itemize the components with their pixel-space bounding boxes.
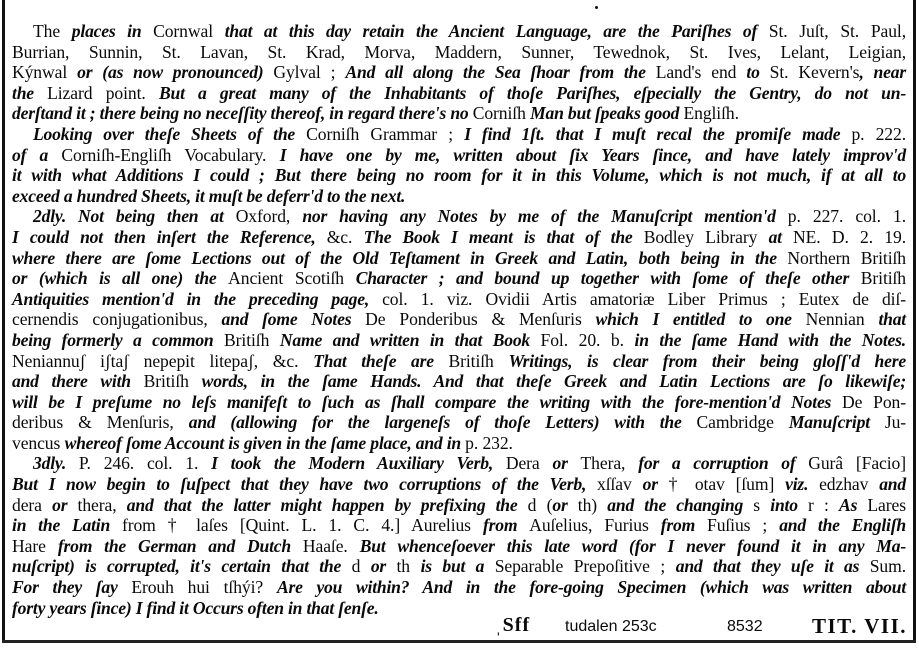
page-number: 8532 (727, 618, 763, 636)
text-line: vencus whereof ſome Account is given in … (12, 433, 906, 454)
italic-run: is but a (421, 556, 495, 576)
italic-run: that at this day retain the Ancient Lang… (225, 21, 769, 41)
roman-run: Britiſh (861, 268, 906, 288)
roman-run: thera, (78, 495, 127, 515)
italic-run: Character ; and bound up together with ſ… (356, 268, 861, 288)
text-line: 3dly. P. 246. col. 1. I took the Modern … (12, 453, 906, 474)
roman-run: r : (808, 495, 839, 515)
roman-run: Separable Prepoſitive ; (495, 556, 676, 576)
italic-run: words, in the ſame Hands. And that theſe… (202, 371, 906, 391)
text-line: where there are ſome Lections out of the… (12, 248, 906, 269)
italic-run: But a great many of the Inhabitants of t… (159, 83, 906, 103)
page-border-bottom (2, 640, 916, 643)
italic-run: and (879, 474, 906, 494)
italic-run: 3dly. (33, 453, 79, 473)
roman-run: Kýnwal (12, 62, 77, 82)
text-line: Burrian, Sunnin, St. Lavan, St. Krad, Mo… (12, 42, 906, 63)
italic-run: it with what Additions I could ; But the… (12, 165, 906, 185)
text-line: it with what Additions I could ; But the… (12, 165, 906, 186)
italic-run: and (allowing for the largeneſs of thoſe… (189, 412, 697, 432)
italic-run: and the changing (607, 495, 753, 515)
italic-run: For they ſay (12, 577, 131, 597)
roman-run: Haaſe. (303, 536, 360, 556)
roman-run: col. 1. viz. Ovidii Artis amatoriæ Liber… (382, 289, 906, 309)
italic-run: to (746, 62, 769, 82)
roman-run: vencus (12, 433, 65, 453)
roman-run: from † laſes [Quint. L. 1. C. 4.] Aureli… (122, 515, 483, 535)
text-line: dera or thera, and that the latter might… (12, 495, 906, 516)
roman-run: p. 232. (465, 433, 513, 453)
text-line: Hare from the German and Dutch Haaſe. Bu… (12, 536, 906, 557)
italic-run: exceed a hundred Sheets, it muſt be defe… (12, 186, 405, 206)
roman-run: Erouh hui tſhýi? (131, 577, 277, 597)
roman-run: Engliſh. (683, 103, 738, 123)
italic-run: Man but ſpeaks good (530, 103, 683, 123)
roman-run: Northern Britiſh (787, 248, 906, 268)
italic-run: of a (12, 145, 61, 165)
text-line: the Lizard point. But a great many of th… (12, 83, 906, 104)
roman-run: Ju- (885, 412, 906, 432)
italic-run: The Book I meant is that of the (364, 227, 644, 247)
roman-run: Corniſh Grammar ; (306, 124, 464, 144)
italic-run: which I entitled to one (596, 309, 806, 329)
running-head: TIT. VII. (812, 614, 907, 639)
roman-run: Gurâ [Facio] (808, 453, 906, 473)
roman-run: Auſelius, Furius (529, 515, 660, 535)
italic-run: in the Latin (12, 515, 122, 535)
roman-run: d (352, 556, 371, 576)
italic-run: nuſcript) is corrupted, it's certain tha… (12, 556, 352, 576)
text-line: I could not then inſert the Reference, &… (12, 227, 906, 248)
roman-run: Nennian (806, 309, 879, 329)
roman-run: St. Juſt, St. Paul, (769, 21, 906, 41)
roman-run: Hare (12, 536, 58, 556)
italic-run: Writings, is clear from their being gloſ… (509, 351, 907, 371)
italic-run: or (as now pronounced) (77, 62, 273, 82)
roman-run: Neniannuʃ iʃtaʃ nepepit litepaʃ, &c. (12, 351, 313, 371)
italic-run: I could not then inſert the Reference, (12, 227, 327, 247)
roman-run: NE. D. 2. 19. (793, 227, 906, 247)
italic-run: viz. (785, 474, 819, 494)
italic-run: That theſe are (313, 351, 448, 371)
text-line: derſtand it ; there being no neceſſity t… (12, 103, 906, 124)
italic-run: and there with (12, 371, 144, 391)
roman-run: Cambridge (697, 412, 789, 432)
roman-run: Oxford, (236, 206, 303, 226)
italic-run: whereof ſome Account is given in the ſam… (65, 433, 466, 453)
text-line: in the Latin from † laſes [Quint. L. 1. … (12, 515, 906, 536)
roman-run: De Pon- (842, 392, 906, 412)
roman-run: Corniſh-Engliſh Vocabulary. (61, 145, 279, 165)
roman-run: Sum. (870, 556, 906, 576)
page-border-left (2, 0, 5, 642)
roman-run: xſſav (597, 474, 643, 494)
italic-run: in the ſame Hand with the Notes. (635, 330, 906, 350)
italic-run: at (769, 227, 793, 247)
italic-run: and that they uſe it as (676, 556, 870, 576)
roman-run: Land's end (656, 62, 747, 82)
text-line: For they ſay Erouh hui tſhýi? Are you wi… (12, 577, 906, 598)
text-line: Looking over theſe Sheets of the Corniſh… (12, 124, 906, 145)
italic-run: or (553, 453, 581, 473)
text-line: and there with Britiſh words, in the ſam… (12, 371, 906, 392)
print-speck (595, 6, 598, 9)
text-line: cernendis conjugationibus, and ſome Note… (12, 309, 906, 330)
italic-run: from the German and Dutch (58, 536, 303, 556)
italic-run: from (483, 515, 529, 535)
text-line: exceed a hundred Sheets, it muſt be defe… (12, 186, 906, 207)
roman-run: St. Kevern's (770, 62, 860, 82)
roman-run: Fol. 20. b. (541, 330, 635, 350)
roman-run: De Ponderibus & Menſuris (365, 309, 595, 329)
italic-run: But I now begin to ſuſpect that they hav… (12, 474, 597, 494)
roman-run: th (397, 556, 421, 576)
roman-run: cernendis conjugationibus, (12, 309, 222, 329)
roman-run: d ( (528, 495, 553, 515)
roman-run: Lares (867, 495, 906, 515)
text-line: being formerly a common Britiſh Name and… (12, 330, 906, 351)
roman-run: Burrian, Sunnin, St. Lavan, St. Krad, Mo… (12, 42, 906, 62)
italic-run: Manuſcript (789, 412, 885, 432)
roman-run: The (33, 21, 72, 41)
text-line: The places in Cornwal that at this day r… (12, 21, 906, 42)
italic-run: or (which is all one) the (12, 268, 228, 288)
text-line: nuſcript) is corrupted, it's certain tha… (12, 556, 906, 577)
roman-run: p. 227. col. 1. (788, 206, 906, 226)
text-line: will be I preſume no leſs manifeſt to ſu… (12, 392, 906, 413)
roman-run: th) (578, 495, 608, 515)
italic-run: and ſome Notes (222, 309, 366, 329)
text-line: Kýnwal or (as now pronounced) Gylval ; A… (12, 62, 906, 83)
italic-run: places in (72, 21, 153, 41)
italic-run: I find 1ſt. that I muſt recal the promiſ… (464, 124, 851, 144)
italic-run: Name and written in that Book (280, 330, 541, 350)
italic-run: or (552, 495, 577, 515)
roman-run: Britiſh (144, 371, 202, 391)
document-page: The places in Cornwal that at this day r… (0, 0, 919, 649)
roman-run: Fuſius ; (707, 515, 779, 535)
roman-run: Bodley Library (644, 227, 769, 247)
italic-run: where there are ſome Lections out of the… (12, 248, 787, 268)
text-line: deribus & Menſuris, and (allowing for th… (12, 412, 906, 433)
text-line: 2dly. Not being then at Oxford, nor havi… (12, 206, 906, 227)
italic-run: and that the latter might happen by pref… (127, 495, 528, 515)
italic-run: Antiquities mention'd in the preceding p… (12, 289, 382, 309)
italic-run: Are you within? And in the fore-going Sp… (277, 577, 906, 597)
italic-run: being formerly a common (12, 330, 224, 350)
signature-mark: ˌSff (495, 614, 530, 637)
text-line: or (which is all one) the Ancient Scotiſ… (12, 268, 906, 289)
roman-run: Gylval ; (273, 62, 345, 82)
text-line: of a Corniſh-Engliſh Vocabulary. I have … (12, 145, 906, 166)
roman-run: p. 222. (851, 124, 906, 144)
roman-run: s (753, 495, 770, 515)
italic-run: the (12, 83, 47, 103)
roman-run: Dera (506, 453, 553, 473)
italic-run: As (839, 495, 867, 515)
italic-run: But whenceſoever this late word (for I n… (360, 536, 906, 556)
italic-run: or (371, 556, 397, 576)
roman-run: P. 246. col. 1. (79, 453, 211, 473)
body-text: The places in Cornwal that at this day r… (12, 21, 906, 618)
roman-run: edzhav (819, 474, 879, 494)
italic-run: from (661, 515, 707, 535)
italic-run: that (878, 309, 906, 329)
italic-run: or (52, 495, 77, 515)
roman-run: Britiſh (449, 351, 509, 371)
page-footer: ˌSff tudalen 253c 8532 TIT. VII. (0, 614, 919, 638)
italic-run: will be I preſume no leſs manifeſt to ſu… (12, 392, 842, 412)
italic-run: and the Engliſh (779, 515, 906, 535)
page-label: tudalen 253c (565, 618, 657, 636)
roman-run: Cornwal (153, 21, 225, 41)
italic-run: , near (859, 62, 906, 82)
italic-run: Looking over theſe Sheets of the (33, 124, 306, 144)
roman-run: deribus & Menſuris, (12, 412, 189, 432)
italic-run: And all along the Sea ſhoar from the (346, 62, 656, 82)
italic-run: or (643, 474, 669, 494)
italic-run: nor having any Notes by me of the Manuſc… (302, 206, 787, 226)
roman-run: Lizard point. (47, 83, 159, 103)
roman-run: Thera, (581, 453, 639, 473)
italic-run: derſtand it ; there being no neceſſity t… (12, 103, 473, 123)
roman-run: Ancient Scotiſh (228, 268, 356, 288)
text-line: Antiquities mention'd in the preceding p… (12, 289, 906, 310)
italic-run: I have one by me, written about ſix Year… (280, 145, 906, 165)
roman-run: Corniſh (473, 103, 530, 123)
italic-run: I took the Modern Auxiliary Verb, (211, 453, 506, 473)
roman-run: dera (12, 495, 52, 515)
page-border-right (913, 0, 916, 642)
text-line: But I now begin to ſuſpect that they hav… (12, 474, 906, 495)
italic-run: 2dly. Not being then at (33, 206, 236, 226)
roman-run: Britiſh (224, 330, 280, 350)
text-line: Neniannuʃ iʃtaʃ nepepit litepaʃ, &c. Tha… (12, 351, 906, 372)
italic-run: into (770, 495, 808, 515)
roman-run: † otav [ſum] (669, 474, 785, 494)
italic-run: for a corruption of (638, 453, 808, 473)
roman-run: &c. (327, 227, 364, 247)
